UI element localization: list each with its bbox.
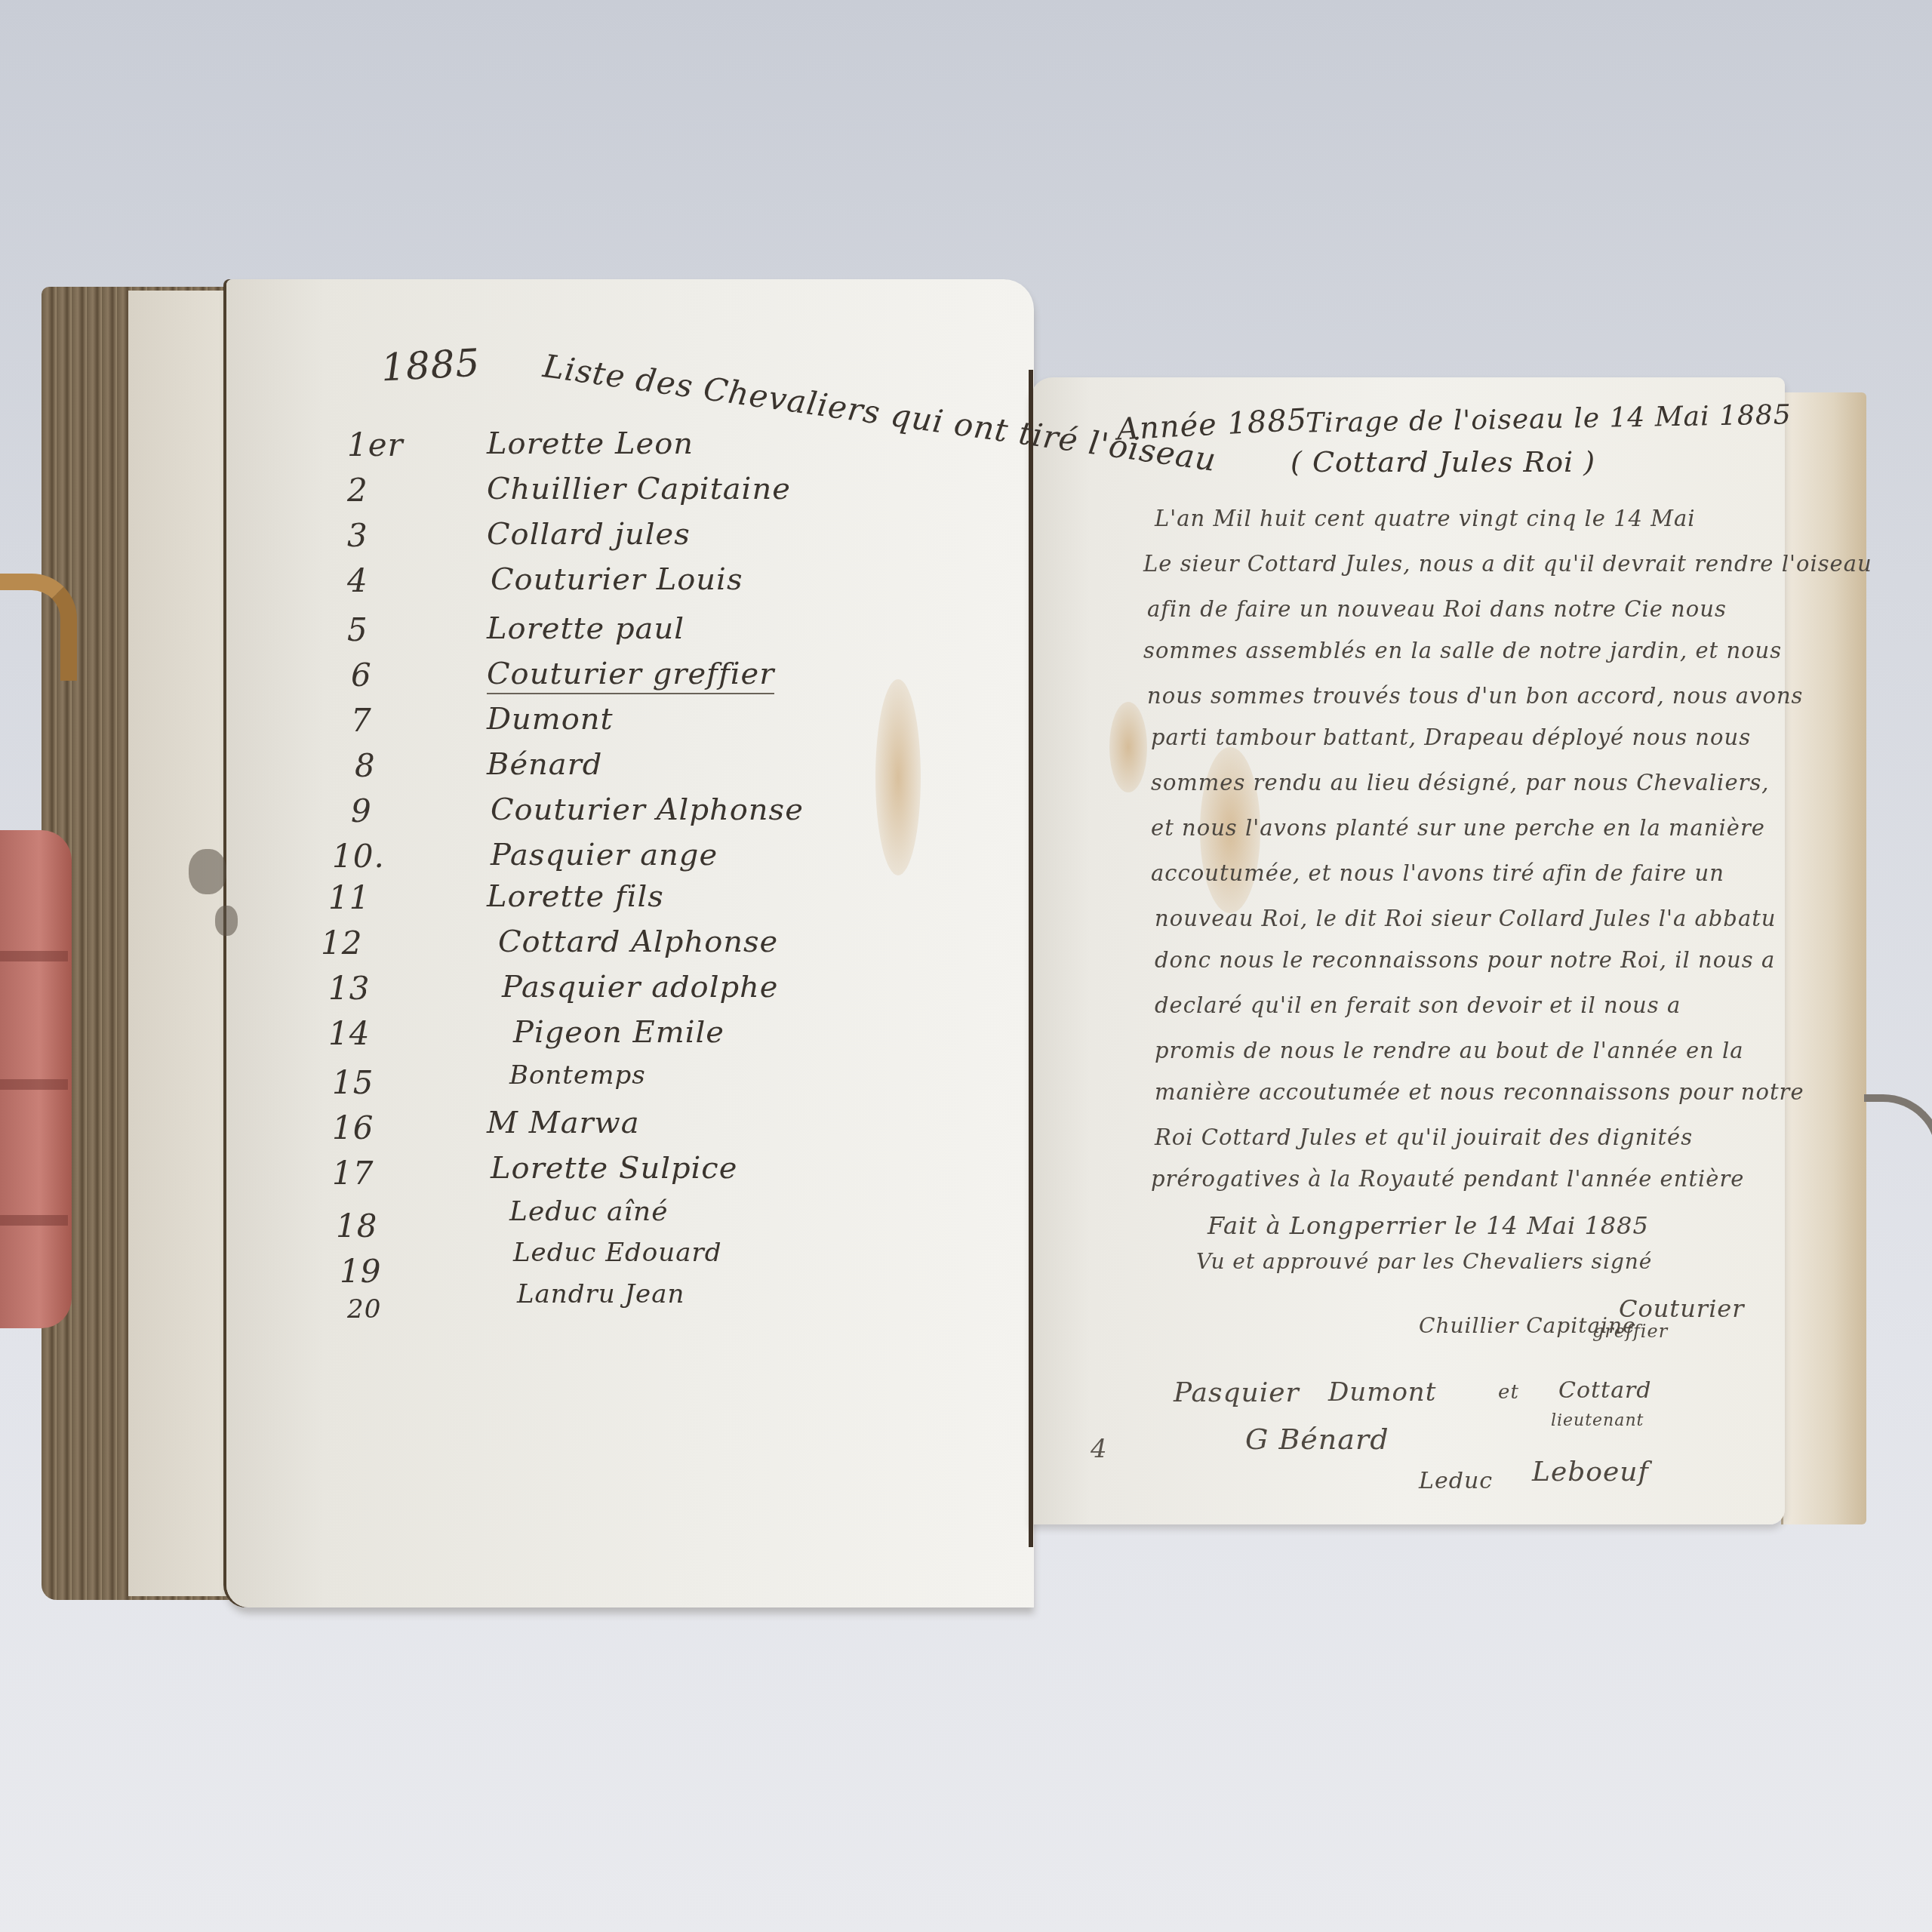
closing-approval: Vu et approuvé par les Chevaliers signé <box>1196 1249 1652 1274</box>
entry-name: Landru Jean <box>517 1279 685 1309</box>
body-line: L'an Mil huit cent quatre vingt cinq le … <box>1155 506 1696 531</box>
entry-number: 14 <box>328 1015 370 1052</box>
entry-name: Couturier Alphonse <box>491 792 804 827</box>
entry-name: Couturier Louis <box>491 562 743 597</box>
entry-name: Collard jules <box>487 517 691 552</box>
entry-name: Pasquier ange <box>491 838 718 872</box>
entry-name: M Marwa <box>487 1106 640 1140</box>
signature-leduc: Leduc <box>1419 1468 1493 1494</box>
signature-leboeuf: Leboeuf <box>1532 1457 1649 1487</box>
entry-number: 4 <box>347 562 368 599</box>
entry-name: Bontemps <box>509 1060 646 1091</box>
entry-name: Leduc Edouard <box>513 1238 721 1268</box>
ink-blot <box>215 906 238 936</box>
body-line: prérogatives à la Royauté pendant l'anné… <box>1151 1166 1745 1192</box>
water-stain <box>1109 702 1147 792</box>
entry-number: 17 <box>332 1155 374 1192</box>
signature-cottard: Cottard <box>1558 1377 1652 1404</box>
signature-greffier: greffier <box>1592 1321 1668 1342</box>
body-line: declaré qu'il en ferait son devoir et il… <box>1155 992 1681 1018</box>
book-gutter <box>1029 370 1033 1547</box>
signature-dumont: Dumont <box>1328 1377 1436 1407</box>
binding-cord-right <box>1864 1094 1932 1313</box>
entry-name: Leduc aîné <box>509 1196 669 1227</box>
entry-number: 13 <box>328 970 370 1007</box>
finger-gap <box>0 951 68 961</box>
entry-number: 2 <box>347 472 368 509</box>
body-line: parti tambour battant, Drapeau déployé n… <box>1151 724 1751 750</box>
signature-pasquier: Pasquier <box>1174 1377 1300 1408</box>
entry-number: 11 <box>328 879 370 916</box>
entry-name: Pigeon Emile <box>513 1015 724 1050</box>
entry-name: Bénard <box>487 747 602 782</box>
body-line: Le sieur Cottard Jules, nous a dit qu'il… <box>1143 551 1872 577</box>
body-line: donc nous le reconnaissons pour notre Ro… <box>1155 947 1775 973</box>
entry-number: 6 <box>351 657 372 694</box>
ink-blot <box>189 849 226 894</box>
entry-name: Pasquier adolphe <box>502 970 779 1004</box>
body-line: Roi Cottard Jules et qu'il jouirait des … <box>1155 1124 1693 1150</box>
entry-number: 7 <box>351 702 372 739</box>
body-line: nous sommes trouvés tous d'un bon accord… <box>1147 683 1803 709</box>
page-number: 4 <box>1091 1434 1108 1464</box>
entry-number: 1er <box>347 426 404 463</box>
signature-et: et <box>1498 1381 1519 1404</box>
water-stain <box>875 679 921 875</box>
body-line: afin de faire un nouveau Roi dans notre … <box>1147 596 1727 622</box>
entry-name: Chuillier Capitaine <box>487 472 791 506</box>
body-line: promis de nous le rendre au bout de l'an… <box>1155 1038 1744 1063</box>
entry-number: 16 <box>332 1109 374 1146</box>
entry-number: 3 <box>347 517 368 554</box>
entry-number: 19 <box>340 1253 381 1290</box>
entry-number: 5 <box>347 611 368 648</box>
entry-number: 10. <box>332 838 385 875</box>
finger-gap <box>0 1215 68 1226</box>
signature-lieutenant: lieutenant <box>1551 1411 1644 1430</box>
entry-number: 9 <box>351 792 372 829</box>
body-line: nouveau Roi, le dit Roi sieur Collard Ju… <box>1155 906 1777 931</box>
body-line: sommes rendu au lieu désigné, par nous C… <box>1151 770 1770 795</box>
entry-number: 8 <box>355 747 376 784</box>
entry-name: Couturier greffier <box>487 657 774 694</box>
entry-number: 20 <box>347 1294 381 1324</box>
entry-name: Dumont <box>487 702 614 737</box>
binding-cord-left <box>0 574 77 681</box>
entry-number: 15 <box>332 1064 374 1101</box>
entry-name: Lorette paul <box>487 611 685 646</box>
king-subtitle: ( Cottard Jules Roi ) <box>1291 445 1595 478</box>
left-page-year: 1885 <box>380 341 481 390</box>
body-line: manière accoutumée et nous reconnaissons… <box>1155 1079 1804 1105</box>
entry-number: 12 <box>321 924 362 961</box>
body-line: et nous l'avons planté sur une perche en… <box>1151 815 1765 841</box>
body-line: accoutumée, et nous l'avons tiré afin de… <box>1151 860 1724 886</box>
entry-name: Lorette Leon <box>487 426 694 461</box>
body-line: sommes assemblés en la salle de notre ja… <box>1143 638 1782 663</box>
finger-gap <box>0 1079 68 1090</box>
signature-benard: G Bénard <box>1245 1423 1389 1456</box>
entry-name: Cottard Alphonse <box>498 924 778 959</box>
entry-name: Lorette fils <box>487 879 664 914</box>
closing-place-date: Fait à Longperrier le 14 Mai 1885 <box>1207 1211 1649 1240</box>
entry-number: 18 <box>336 1207 377 1244</box>
signature-couturier: Couturier <box>1619 1294 1745 1323</box>
entry-name: Lorette Sulpice <box>491 1151 737 1186</box>
